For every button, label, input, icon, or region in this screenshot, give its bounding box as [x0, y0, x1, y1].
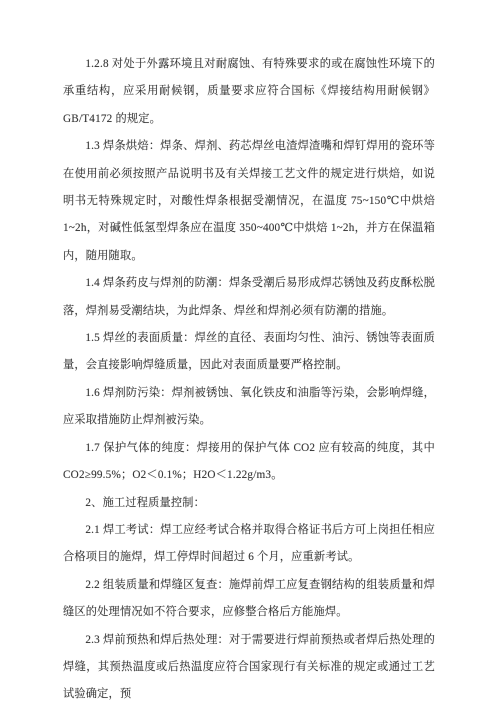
- para-1-5: 1.5 焊丝的表面质量：焊丝的直径、表面均匀性、油污、锈蚀等表面质量，会直接影响…: [63, 325, 435, 380]
- para-2-heading: 2、施工过程质量控制：: [63, 490, 435, 517]
- para-1-3: 1.3 焊条烘焙：焊条、焊剂、药芯焊丝电渣焊渣嘴和焊钉焊用的瓷环等在使用前必须按…: [63, 133, 435, 270]
- document-body: 1.2.8 对处于外露环境且对耐腐蚀、有特殊要求的或在腐蚀性环境下的承重结构，应…: [63, 51, 435, 701]
- para-2-3: 2.3 焊前预热和焊后热处理：对于需要进行焊前预热或者焊后热处理的焊缝，其预热温…: [63, 627, 435, 701]
- para-2-1: 2.1 焊工考试：焊工应经考试合格并取得合格证书后方可上岗担任相应合格项目的施焊…: [63, 517, 435, 572]
- para-2-2: 2.2 组装质量和焊缝区复查：施焊前焊工应复查钢结构的组装质量和焊缝区的处理情况…: [63, 572, 435, 627]
- para-1-2-8: 1.2.8 对处于外露环境且对耐腐蚀、有特殊要求的或在腐蚀性环境下的承重结构，应…: [63, 51, 435, 133]
- para-1-6: 1.6 焊剂防污染：焊剂被锈蚀、氧化铁皮和油脂等污染，会影响焊缝，应采取措施防止…: [63, 380, 435, 435]
- para-1-4: 1.4 焊条药皮与焊剂的防潮：焊条受潮后易形成焊芯锈蚀及药皮酥松脱落，焊剂易受潮…: [63, 270, 435, 325]
- para-1-7: 1.7 保护气体的纯度：焊接用的保护气体 CO2 应有较高的纯度，其中 CO2≥…: [63, 435, 435, 490]
- document-page: 1.2.8 对处于外露环境且对耐腐蚀、有特殊要求的或在腐蚀性环境下的承重结构，应…: [0, 0, 496, 701]
